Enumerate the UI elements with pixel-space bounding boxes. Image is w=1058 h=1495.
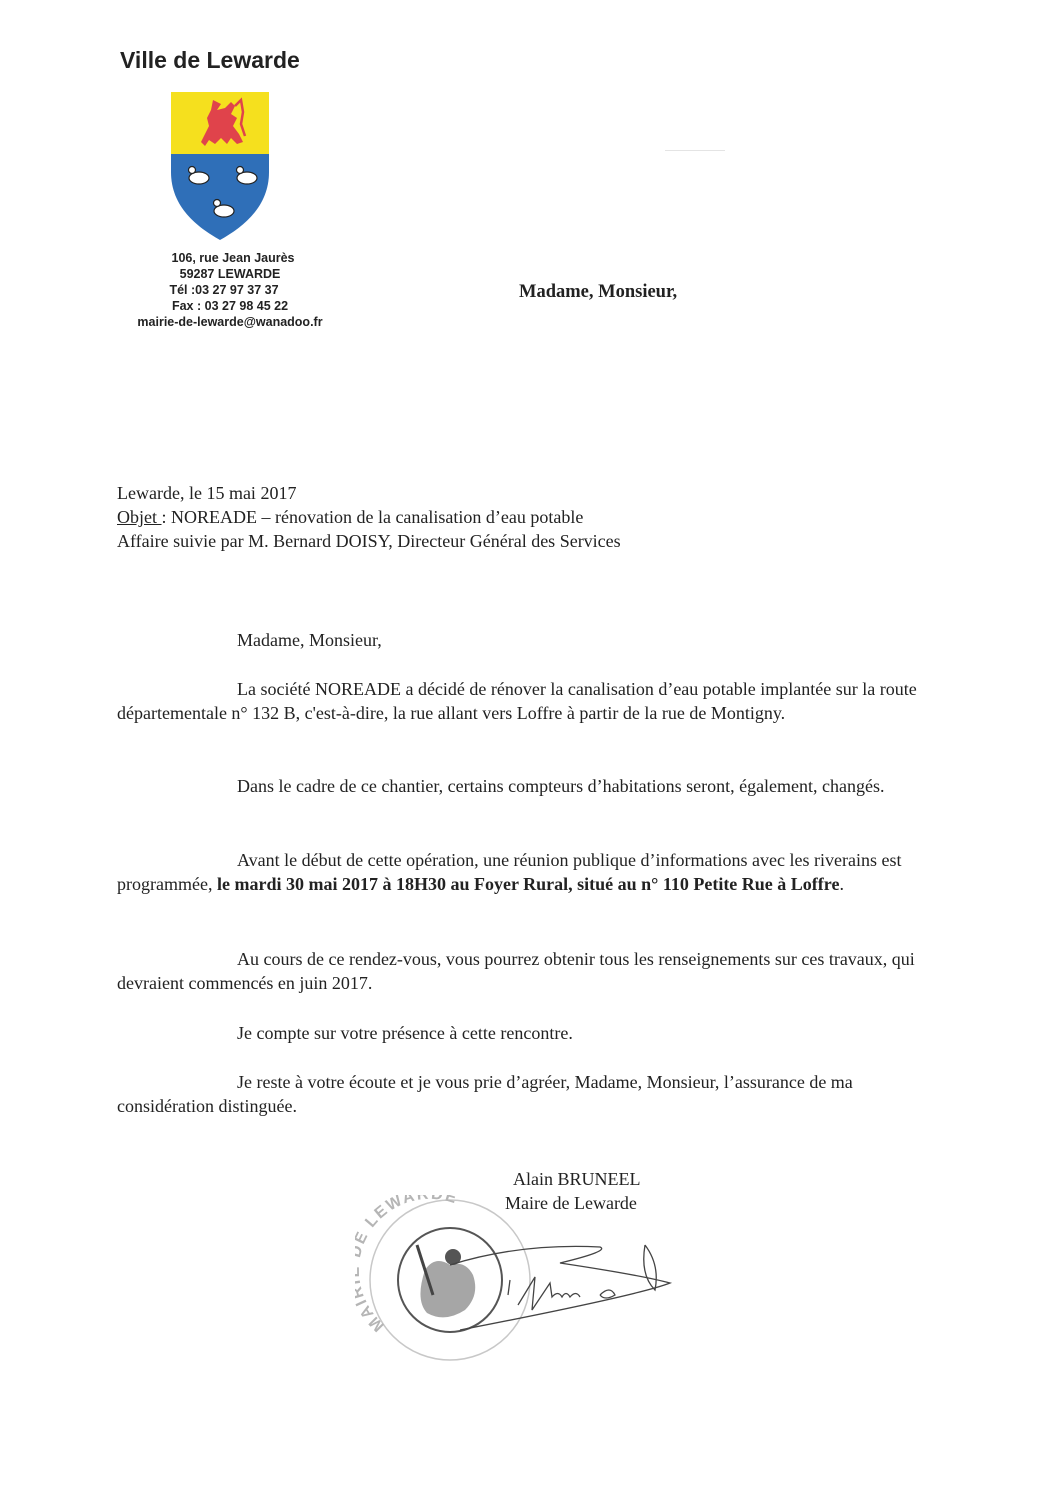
paragraph: Dans le cadre de ce chantier, certains c…	[117, 774, 917, 798]
handwritten-signature-icon	[440, 1235, 680, 1355]
address-street: 106, rue Jean Jaurès	[110, 250, 350, 266]
paragraph: Au cours de ce rendez-vous, vous pourrez…	[117, 947, 917, 995]
scan-artifact	[665, 150, 725, 151]
subject-label: Objet	[117, 507, 162, 527]
address-phone: Tél :03 27 97 37 37	[110, 282, 350, 298]
sender-address: 106, rue Jean Jaurès 59287 LEWARDE Tél :…	[110, 250, 350, 330]
place-date: Lewarde, le 15 mai 2017	[117, 481, 621, 505]
subject-line: Objet : NOREADE – rénovation de la canal…	[117, 505, 621, 529]
address-city: 59287 LEWARDE	[110, 266, 350, 282]
meeting-details: le mardi 30 mai 2017 à 18H30 au Foyer Ru…	[217, 874, 839, 894]
paragraph: La société NOREADE a décidé de rénover l…	[117, 677, 917, 725]
subject-text: : NOREADE – rénovation de la canalisatio…	[162, 507, 584, 527]
handled-by: Affaire suivie par M. Bernard DOISY, Dir…	[117, 529, 621, 553]
coat-of-arms-icon	[171, 92, 269, 240]
salutation: Madame, Monsieur,	[117, 628, 1037, 652]
paragraph-meeting: Avant le début de cette opération, une r…	[117, 848, 917, 896]
address-email: mairie-de-lewarde@wanadoo.fr	[110, 314, 350, 330]
recipient-greeting: Madame, Monsieur,	[519, 282, 677, 303]
paragraph: Je reste à votre écoute et je vous prie …	[117, 1070, 917, 1118]
paragraph: Je compte sur votre présence à cette ren…	[117, 1021, 917, 1045]
letter-meta: Lewarde, le 15 mai 2017 Objet : NOREADE …	[117, 481, 621, 553]
organization-name: Ville de Lewarde	[120, 47, 300, 74]
meeting-end: .	[839, 874, 844, 894]
address-fax: Fax : 03 27 98 45 22	[110, 298, 350, 314]
signer-name: Alain BRUNEEL	[505, 1167, 690, 1191]
